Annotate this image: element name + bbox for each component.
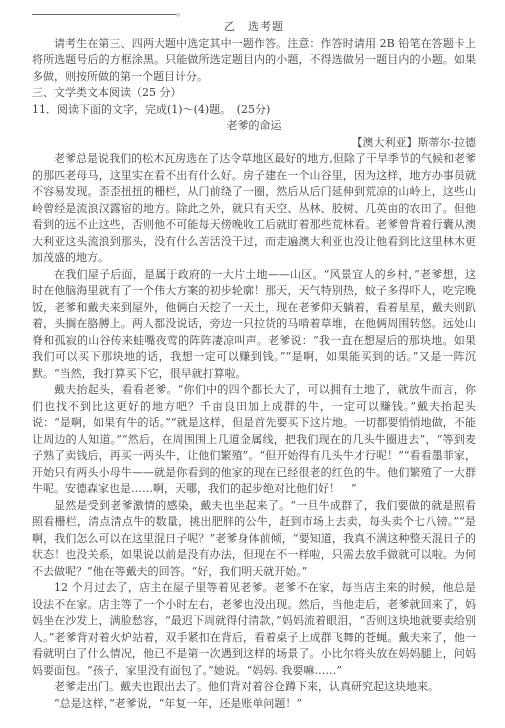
article-author: 【澳大利亚】斯蒂尔·拉德 [32,135,476,152]
article-paragraph: 显然是受到老爹激情的感染，戴夫也坐起来了。“一旦牛成群了，我们要做的就是照看照看… [32,498,476,581]
blank-trailing-period: 。 [176,5,187,18]
section-three-heading: 三、文学类文本阅读（25 分） [32,85,476,102]
exam-instructions: 请考生在第三、四两大题中选定其中一题作答。注意：作答时请用 2B 铅笔在答题卡上… [32,36,476,86]
article-paragraph: 12 个月过去了，店主在屋子里等着见老爹。老爹不在家，每当店主来的时候，他总是设… [32,580,476,679]
answer-underline [32,3,176,15]
article-body: 老爹总是说我们的松木瓦房选在了达令草地区最好的地方,但除了干旱季节的气候和老爹的… [32,151,476,712]
exam-paper-page: 。 乙 选考题 请考生在第三、四两大题中选定其中一题作答。注意：作答时请用 2B… [0,0,505,728]
answer-blank-row: 。 [32,3,476,19]
article-paragraph: 在我们屋子后面，是属于政府的一大片土地——山区。“风景宜人的乡村，”老爹想，这时… [32,267,476,383]
article-paragraph: “总是这样，”老爹说，“年复一年，还是账单问题！” [32,696,476,713]
article-title: 老爹的命运 [32,118,476,135]
article-paragraph: 戴夫抬起头，看看老爹。“你们中的四个都长大了，可以拥有土地了，就放牛而言，你们也… [32,382,476,498]
question-11-line: 11．阅读下面的文字，完成(1)～(4)题。 (25分) [32,102,476,119]
section-b-heading: 乙 选考题 [32,19,476,36]
article-paragraph: 老爹走出门。戴夫也跟出去了。他们背对着谷仓蹲下来，认真研究起这块地来。 [32,679,476,696]
article-paragraph: 老爹总是说我们的松木瓦房选在了达令草地区最好的地方,但除了干旱季节的气候和老爹的… [32,151,476,267]
